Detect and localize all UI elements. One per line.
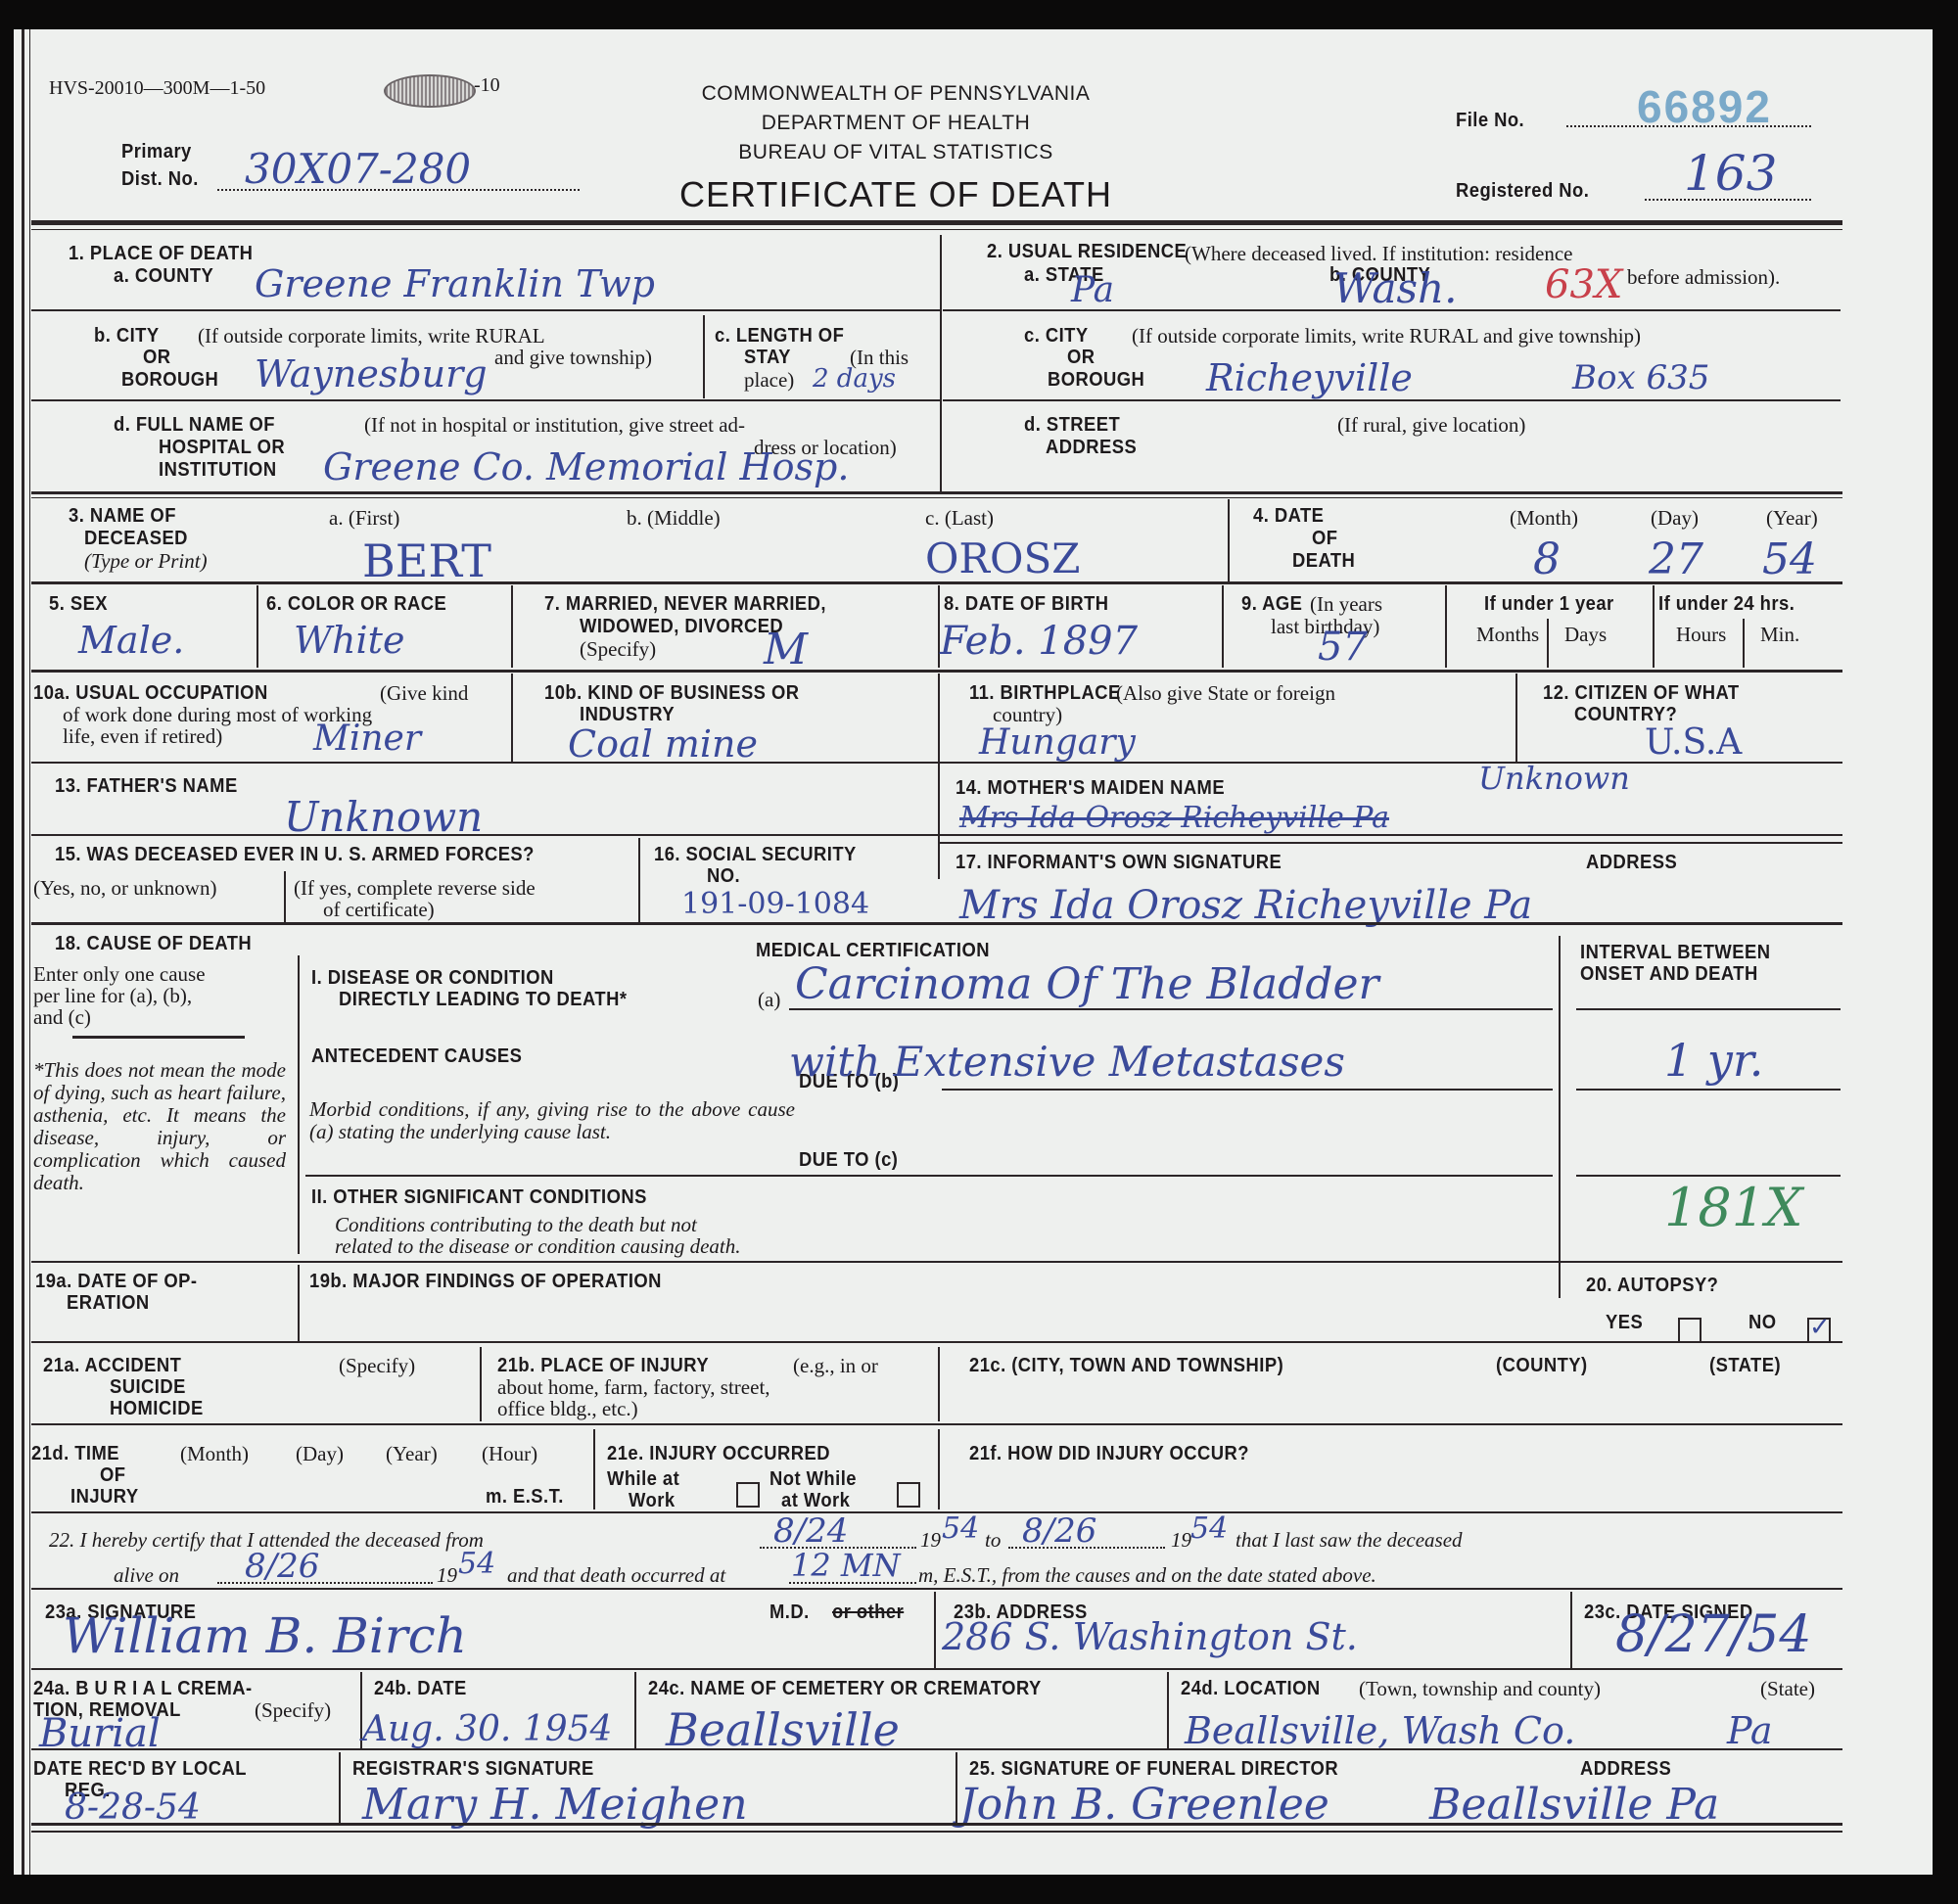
page-title: CERTIFICATE OF DEATH xyxy=(587,174,1204,215)
attended-to-value: 8/26 xyxy=(1022,1511,1096,1551)
residence-borough-label: BOROUGH xyxy=(1048,369,1144,392)
left-border-rule xyxy=(22,29,24,1875)
instructions-1: Enter only one cause xyxy=(33,963,206,986)
city-or-label: OR xyxy=(143,347,171,369)
ssn-label-1: 16. SOCIAL SECURITY xyxy=(654,844,857,866)
marital-label-3: (Specify) xyxy=(580,638,656,661)
interval-label-1: INTERVAL BETWEEN xyxy=(1580,942,1770,964)
rule-v xyxy=(1559,936,1561,1298)
rule-v xyxy=(938,1347,940,1421)
first-name-value: BERT xyxy=(362,534,491,587)
death-year-value: 54 xyxy=(1762,534,1817,584)
attended-to-year: 54 xyxy=(1190,1511,1228,1546)
ssn-value: 191-09-1084 xyxy=(681,887,869,921)
rule xyxy=(31,1261,1842,1263)
interval-label-2: ONSET AND DEATH xyxy=(1580,963,1758,986)
mother-struck-value: Mrs Ida Orosz Richeyville Pa xyxy=(959,801,1389,835)
place-of-injury-label: 21b. PLACE OF INJURY xyxy=(497,1355,709,1377)
rule xyxy=(31,309,940,311)
city-hint-2: and give township) xyxy=(494,347,652,369)
stay-label: STAY xyxy=(744,347,791,369)
rule xyxy=(938,842,1842,844)
rule-v xyxy=(1570,1592,1572,1670)
birthplace-label: 11. BIRTHPLACE xyxy=(969,682,1121,705)
rule xyxy=(1576,1008,1841,1010)
agency-line-2: DEPARTMENT OF HEALTH xyxy=(587,112,1204,134)
burial-label-1: 24a. B U R I A L CREMA- xyxy=(33,1678,253,1700)
cert-text-to: to xyxy=(985,1529,1001,1552)
informant-label: 17. INFORMANT'S OWN SIGNATURE xyxy=(956,852,1282,874)
death-month-label: (Month) xyxy=(1510,507,1578,530)
death-date-label-2: OF xyxy=(1312,528,1337,550)
rule xyxy=(31,922,1842,925)
county-label: a. COUNTY xyxy=(114,265,213,288)
birthplace-value: Hungary xyxy=(979,722,1136,763)
place-hint-2: about home, farm, factory, street, xyxy=(497,1376,770,1399)
header-rule-thin xyxy=(31,229,1842,230)
injury-year-label: (Year) xyxy=(386,1443,438,1465)
usual-residence-label: 2. USUAL RESIDENCE xyxy=(987,241,1187,263)
cause-a-label: (a) xyxy=(758,989,780,1011)
hospital-label-3: INSTITUTION xyxy=(159,459,277,482)
physician-address-value: 286 S. Washington St. xyxy=(942,1615,1358,1658)
autopsy-no-checkbox[interactable]: ✓ xyxy=(1807,1318,1831,1343)
rule xyxy=(72,1036,245,1039)
place-of-death-label: 1. PLACE OF DEATH xyxy=(69,243,253,265)
under-24-label: If under 24 hrs. xyxy=(1658,593,1795,616)
rule-v xyxy=(1222,585,1224,668)
rule-v xyxy=(593,1429,595,1509)
rule-v xyxy=(934,1592,936,1670)
primary-label: Primary xyxy=(121,141,192,163)
rule xyxy=(31,1341,1842,1343)
autopsy-yes-checkbox[interactable] xyxy=(1678,1318,1702,1343)
registrar-label: REGISTRAR'S SIGNATURE xyxy=(352,1758,594,1781)
age-hint-1: (In years xyxy=(1310,593,1382,616)
stay-value: 2 days xyxy=(813,364,896,394)
race-label: 6. COLOR OR RACE xyxy=(266,593,446,616)
months-label: Months xyxy=(1476,624,1539,646)
rule xyxy=(31,670,1842,673)
last-name-value: OROSZ xyxy=(925,534,1080,582)
death-year-label: (Year) xyxy=(1766,507,1818,530)
dist-no-value: 30X07-280 xyxy=(245,145,471,193)
burial-date-value: Aug. 30. 1954 xyxy=(362,1709,612,1749)
physician-signature: William B. Birch xyxy=(63,1607,467,1664)
attended-from-value: 8/24 xyxy=(773,1511,848,1551)
rule-v xyxy=(1228,499,1230,582)
death-county-value: Greene Franklin Twp xyxy=(255,262,655,305)
occupation-label: 10a. USUAL OCCUPATION xyxy=(33,682,268,705)
occupation-value: Miner xyxy=(313,719,421,759)
location-hint: (Town, township and county) xyxy=(1359,1678,1601,1700)
agency-line-3: BUREAU OF VITAL STATISTICS xyxy=(587,141,1204,163)
father-label: 13. FATHER'S NAME xyxy=(55,775,238,798)
dist-no-label: Dist. No. xyxy=(121,168,199,191)
antecedent-label: ANTECEDENT CAUSES xyxy=(311,1045,522,1068)
rule xyxy=(31,581,1842,584)
rule-v xyxy=(284,871,286,922)
cause-a-value: Carcinoma Of The Bladder xyxy=(795,959,1379,1009)
death-date-label-3: DEATH xyxy=(1292,550,1355,573)
street-label-2: ADDRESS xyxy=(1046,437,1137,459)
min-label: Min. xyxy=(1760,624,1799,646)
or-other-label: or other xyxy=(832,1602,904,1624)
autopsy-yes-label: YES xyxy=(1606,1312,1643,1334)
death-date-label-1: 4. DATE xyxy=(1253,505,1324,528)
hospital-label-1: d. FULL NAME OF xyxy=(114,414,275,437)
cause-footnote: *This does not mean the mode of dying, s… xyxy=(33,1059,286,1194)
cause-b-value: with Extensive Metastases xyxy=(789,1038,1345,1086)
stay-hint-2: place) xyxy=(744,369,794,392)
attended-from-year: 54 xyxy=(942,1511,979,1546)
rule-v xyxy=(1743,619,1745,668)
race-value: White xyxy=(294,619,404,662)
location-state-label: (State) xyxy=(1760,1678,1815,1700)
death-time-value: 12 MN xyxy=(791,1547,901,1584)
residence-county-code: 63X xyxy=(1545,262,1622,307)
rule-v xyxy=(634,1672,636,1748)
mother-value: Unknown xyxy=(1478,760,1630,797)
instructions-2: per line for (a), (b), xyxy=(33,985,192,1007)
time-injury-label-1: 21d. TIME xyxy=(31,1443,119,1465)
rule-v xyxy=(938,673,940,879)
injury-month-label: (Month) xyxy=(180,1443,249,1465)
while-at-work-label-2: Work xyxy=(629,1490,676,1512)
mother-label: 14. MOTHER'S MAIDEN NAME xyxy=(956,777,1225,800)
street-hint: (If rural, give location) xyxy=(1337,414,1525,437)
business-value: Coal mine xyxy=(568,722,758,766)
injury-county-label: (COUNTY) xyxy=(1496,1355,1588,1377)
rule xyxy=(1576,1089,1841,1091)
injury-day-label: (Day) xyxy=(296,1443,344,1465)
union-label-number: -10 xyxy=(474,74,500,97)
residence-hint-2: before admission). xyxy=(1627,266,1780,289)
while-at-work-label-1: While at xyxy=(607,1468,679,1491)
rule-v xyxy=(1653,585,1655,668)
disease-label-1: I. DISEASE OR CONDITION xyxy=(311,967,554,990)
rule-v xyxy=(511,585,513,668)
cemetery-label: 24c. NAME OF CEMETERY OR CREMATORY xyxy=(648,1678,1042,1700)
residence-city-value: Richeyville xyxy=(1206,356,1413,399)
funeral-address-label: ADDRESS xyxy=(1580,1758,1671,1781)
morbid-hint: Morbid conditions, if any, giving rise t… xyxy=(309,1098,795,1143)
rule-v xyxy=(956,1752,957,1823)
agency-line-1: COMMONWEALTH OF PENNSYLVANIA xyxy=(587,82,1204,105)
citizen-label-1: 12. CITIZEN OF WHAT xyxy=(1543,682,1740,705)
file-no-stamp: 66892 xyxy=(1637,80,1772,133)
place-hint-3: office bldg., etc.) xyxy=(497,1398,638,1420)
instructions-3: and (c) xyxy=(33,1006,91,1029)
birthplace-hint-1: (Also give State or foreign xyxy=(1116,682,1335,705)
rule xyxy=(31,1423,1842,1425)
residence-city-label: c. CITY xyxy=(1024,325,1089,348)
findings-label: 19b. MAJOR FINDINGS OF OPERATION xyxy=(309,1271,662,1293)
last-name-label: c. (Last) xyxy=(925,507,994,530)
hospital-hint-1: (If not in hospital or institution, give… xyxy=(364,414,745,437)
first-name-label: a. (First) xyxy=(329,507,399,530)
while-at-work-checkbox[interactable] xyxy=(736,1482,760,1508)
location-label: 24d. LOCATION xyxy=(1181,1678,1321,1700)
age-label: 9. AGE xyxy=(1241,593,1302,616)
city-hint-1: (If outside corporate limits, write RURA… xyxy=(198,325,545,348)
street-label-1: d. STREET xyxy=(1024,414,1120,437)
marital-label-1: 7. MARRIED, NEVER MARRIED, xyxy=(544,593,826,616)
residence-state-value: Pa xyxy=(1071,270,1114,310)
occupation-hint-1: (Give kind xyxy=(380,682,468,705)
days-label: Days xyxy=(1564,624,1607,646)
not-while-at-work-checkbox[interactable] xyxy=(897,1482,920,1508)
marital-label-2: WIDOWED, DIVORCED xyxy=(580,616,783,638)
hospital-value: Greene Co. Memorial Hosp. xyxy=(323,445,849,488)
injury-city-label: 21c. (CITY, TOWN AND TOWNSHIP) xyxy=(969,1355,1283,1377)
header-rule xyxy=(31,220,1842,225)
op-date-label-1: 19a. DATE OF OP- xyxy=(35,1271,197,1293)
alive-on-year: 54 xyxy=(458,1547,495,1581)
rule xyxy=(31,399,940,401)
other-hint-1: Conditions contributing to the death but… xyxy=(335,1214,697,1236)
rule xyxy=(942,1089,1553,1091)
city-label: b. CITY xyxy=(94,325,160,348)
rule-v xyxy=(256,585,258,668)
dob-label: 8. DATE OF BIRTH xyxy=(944,593,1109,616)
death-month-value: 8 xyxy=(1533,534,1561,584)
not-while-work-label-1: Not While xyxy=(769,1468,857,1491)
hours-label: Hours xyxy=(1676,624,1726,646)
est-label: m. E.S.T. xyxy=(486,1486,564,1509)
other-hint-2: related to the disease or condition caus… xyxy=(335,1235,741,1258)
not-while-work-label-2: at Work xyxy=(781,1490,850,1512)
name-label-2: DECEASED xyxy=(84,528,188,550)
rule-v xyxy=(1547,619,1549,668)
under-year-label: If under 1 year xyxy=(1484,593,1614,616)
disease-label-2: DIRECTLY LEADING TO DEATH* xyxy=(339,989,627,1011)
other-conditions-label: II. OTHER SIGNIFICANT CONDITIONS xyxy=(311,1186,647,1209)
citizen-value: U.S.A xyxy=(1645,722,1742,763)
rule xyxy=(31,1823,1842,1826)
residence-city-hint: (If outside corporate limits, write RURA… xyxy=(1132,325,1641,348)
burial-date-label: 24b. DATE xyxy=(374,1678,467,1700)
alive-on-value: 8/26 xyxy=(245,1547,319,1586)
rule xyxy=(31,1748,1842,1750)
cert-text-est: m, E.S.T., from the causes and on the da… xyxy=(918,1564,1376,1587)
rule-v xyxy=(298,955,300,1254)
rule xyxy=(31,497,1842,498)
rule-v xyxy=(1167,1672,1169,1748)
rule xyxy=(31,834,1842,836)
cert-text-alive: alive on xyxy=(114,1564,179,1587)
rule-v xyxy=(1515,673,1517,762)
rule-v xyxy=(638,838,640,922)
name-label-1: 3. NAME OF xyxy=(69,505,176,528)
time-injury-label-2: OF xyxy=(100,1464,125,1487)
injury-occurred-label: 21e. INJURY OCCURRED xyxy=(607,1443,830,1465)
name-label-3: (Type or Print) xyxy=(84,550,208,573)
business-label-1: 10b. KIND OF BUSINESS OR xyxy=(544,682,800,705)
residence-county-value: Wash. xyxy=(1333,264,1458,312)
location-state-value: Pa xyxy=(1727,1709,1773,1752)
cert-text-last-saw: that I last saw the deceased xyxy=(1235,1529,1463,1552)
cert-text-19c: 19 xyxy=(437,1564,457,1587)
ssn-label-2: NO. xyxy=(707,865,740,888)
accident-label-2: SUICIDE xyxy=(110,1376,186,1399)
dob-value: Feb. 1897 xyxy=(940,619,1138,664)
armed-hint-2: (If yes, complete reverse side xyxy=(294,877,536,900)
rule-v xyxy=(703,315,705,398)
death-city-value: Waynesburg xyxy=(255,352,488,395)
rule-v xyxy=(938,1429,940,1509)
length-of-stay-label: c. LENGTH OF xyxy=(715,325,844,348)
divider-1-2 xyxy=(940,235,942,494)
cert-text-death-occurred: and that death occurred at xyxy=(507,1564,725,1587)
autopsy-label: 20. AUTOPSY? xyxy=(1586,1275,1718,1297)
interval-b-value: 1 yr. xyxy=(1664,1034,1763,1087)
cert-text-19a: 19 xyxy=(920,1529,941,1552)
injury-state-label: (STATE) xyxy=(1709,1355,1781,1377)
form-code: HVS-20010—300M—1-50 xyxy=(49,77,265,100)
file-no-label: File No. xyxy=(1456,110,1524,132)
accident-label-3: HOMICIDE xyxy=(110,1398,204,1420)
accident-label-1: 21a. ACCIDENT xyxy=(43,1355,181,1377)
cert-text-19b: 19 xyxy=(1171,1529,1191,1552)
death-day-value: 27 xyxy=(1649,534,1703,584)
rule xyxy=(31,1511,1842,1513)
sex-label: 5. SEX xyxy=(49,593,108,616)
accident-specify-label: (Specify) xyxy=(339,1355,415,1377)
residence-box-value: Box 635 xyxy=(1572,358,1709,397)
funeral-director-label: 25. SIGNATURE OF FUNERAL DIRECTOR xyxy=(969,1758,1338,1781)
left-border-rule-inner xyxy=(29,29,30,1875)
sex-value: Male. xyxy=(78,619,184,662)
registered-no-label: Registered No. xyxy=(1456,180,1589,203)
check-mark-icon: ✓ xyxy=(1809,1312,1831,1342)
occupation-hint-3: life, even if retired) xyxy=(63,725,222,748)
place-hint-1: (e.g., in or xyxy=(793,1355,878,1377)
union-label-icon xyxy=(384,74,476,108)
armed-hint-1: (Yes, no, or unknown) xyxy=(33,877,216,900)
due-to-c-label: DUE TO (c) xyxy=(799,1149,898,1172)
rule xyxy=(31,491,1842,494)
hospital-label-2: HOSPITAL OR xyxy=(159,437,285,459)
md-label: M.D. xyxy=(769,1602,810,1624)
armed-hint-3: of certificate) xyxy=(323,899,435,921)
rule xyxy=(31,1668,1842,1670)
rule-v xyxy=(480,1347,482,1421)
location-value: Beallsville, Wash Co. xyxy=(1185,1709,1575,1752)
informant-address-label: ADDRESS xyxy=(1586,852,1677,874)
armed-forces-label: 15. WAS DECEASED EVER IN U. S. ARMED FOR… xyxy=(55,844,535,866)
cause-of-death-label: 18. CAUSE OF DEATH xyxy=(55,933,252,955)
code-value: 181X xyxy=(1664,1177,1803,1238)
middle-name-label: b. (Middle) xyxy=(627,507,721,530)
rule-v xyxy=(511,673,513,762)
rule xyxy=(305,1175,1553,1177)
date-recd-label-1: DATE REC'D BY LOCAL xyxy=(33,1758,247,1781)
age-value: 57 xyxy=(1318,625,1368,670)
autopsy-no-label: NO xyxy=(1748,1312,1777,1334)
rule xyxy=(31,1831,1842,1833)
marital-value: M xyxy=(764,625,808,674)
rule-v xyxy=(298,1265,300,1341)
date-recd-value: 8-28-54 xyxy=(65,1788,201,1828)
burial-specify-label: (Specify) xyxy=(255,1699,331,1722)
rule-v xyxy=(1445,585,1447,668)
time-injury-label-3: INJURY xyxy=(70,1486,139,1509)
op-date-label-2: ERATION xyxy=(67,1292,150,1315)
death-day-label: (Day) xyxy=(1651,507,1699,530)
rule xyxy=(943,309,1841,311)
rule xyxy=(943,399,1841,401)
rule xyxy=(31,1588,1842,1590)
residence-or-label: OR xyxy=(1067,347,1096,369)
injury-hour-label: (Hour) xyxy=(482,1443,537,1465)
rule-v xyxy=(339,1752,341,1823)
registered-no-value: 163 xyxy=(1684,145,1777,202)
date-signed-value: 8/27/54 xyxy=(1615,1605,1811,1664)
residence-hint-1: (Where deceased lived. If institution: r… xyxy=(1185,243,1573,265)
how-injury-label: 21f. HOW DID INJURY OCCUR? xyxy=(969,1443,1249,1465)
borough-label: BOROUGH xyxy=(121,369,218,392)
